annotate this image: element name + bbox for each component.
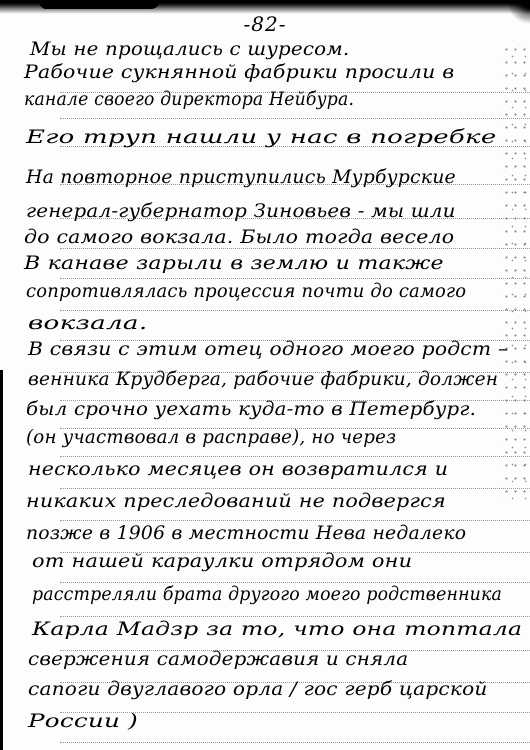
manuscript-line: свержения самодержавия и сняла bbox=[28, 650, 408, 669]
ruled-line bbox=[60, 118, 530, 119]
manuscript-line: позже в 1906 в местности Нева недалеко bbox=[26, 524, 466, 543]
ruled-line bbox=[60, 616, 530, 617]
manuscript-line: венника Крудберга, рабочие фабрики, долж… bbox=[28, 370, 498, 389]
manuscript-line: канале своего директора Нейбура. bbox=[24, 90, 354, 109]
manuscript-line: несколько месяцев он возвратился и bbox=[28, 460, 448, 479]
manuscript-line: был срочно уехать куда-то в Петербург. bbox=[26, 400, 476, 419]
ruled-line bbox=[60, 310, 530, 311]
ruled-line bbox=[60, 278, 530, 279]
manuscript-line: никаких преследований не подвергся bbox=[26, 492, 446, 511]
manuscript-line: сопротивлялась процессия почти до самого bbox=[26, 282, 466, 301]
manuscript-line: от нашей караулки отрядом они bbox=[32, 552, 412, 571]
manuscript-line: (он участвовал в расправе), но через bbox=[26, 428, 396, 447]
manuscript-line: На повторное приступились Мурбурские bbox=[26, 168, 456, 187]
page-number: -82- bbox=[0, 12, 530, 36]
manuscript-line: России ) bbox=[28, 712, 138, 731]
ruled-line bbox=[60, 456, 530, 457]
manuscript-line: В связи с этим отец одного моего родст – bbox=[28, 340, 508, 359]
manuscript-line: Мы не прощались с шуресом. bbox=[30, 40, 349, 59]
manuscript-line: сапоги двуглавого орла / гос герб царско… bbox=[28, 680, 488, 699]
ruled-line bbox=[60, 742, 530, 743]
ruled-line bbox=[60, 520, 530, 521]
manuscript-line: Рабочие сукнянной фабрики просили в bbox=[24, 63, 454, 82]
scan-right-noise bbox=[500, 40, 530, 500]
manuscript-line: Его труп нашли у нас в погребке bbox=[26, 128, 496, 147]
manuscript-line: расстреляли брата другого моего родствен… bbox=[32, 585, 502, 604]
manuscript-line: Карла Мадзр за то, что она топтала bbox=[32, 620, 522, 639]
manuscript-line: вокзала. bbox=[28, 314, 147, 333]
ruled-line bbox=[60, 248, 530, 249]
ruled-line bbox=[60, 488, 530, 489]
manuscript-line: В канаве зарыли в землю и также bbox=[24, 254, 444, 273]
manuscript-line: до самого вокзала. Было тогда весело bbox=[24, 228, 454, 247]
manuscript-line: генерал-губернатор Зиновьев - мы шли bbox=[26, 202, 456, 221]
scan-left-border bbox=[0, 370, 3, 750]
